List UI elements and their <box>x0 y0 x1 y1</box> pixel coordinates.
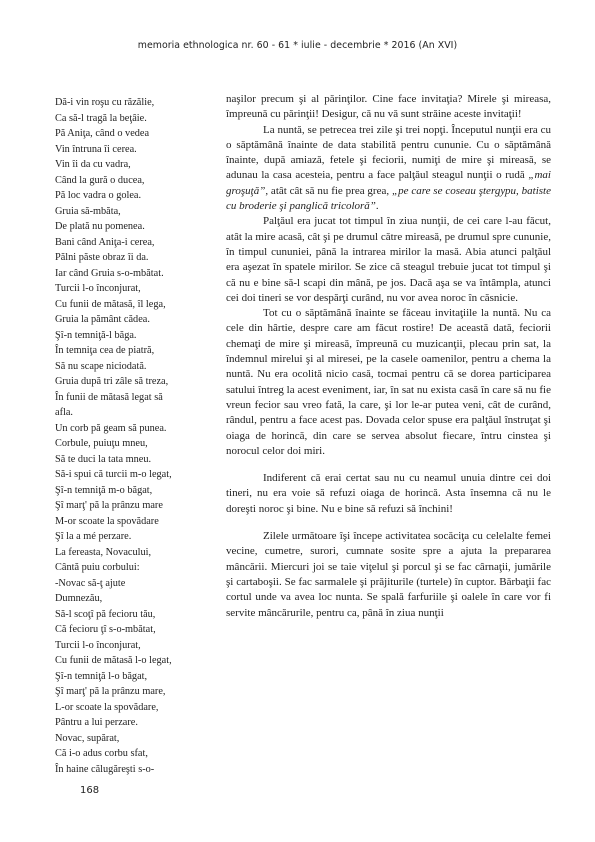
poem-line: Iar când Gruia s-o-mbătat. <box>55 266 215 282</box>
poem-line: Corbule, puiuţu mneu, <box>55 436 215 452</box>
poem-line: Turcii l-o înconjurat, <box>55 638 215 654</box>
paragraph-2-text-c: . <box>376 200 379 212</box>
poem-line: Pă Aniţa, când o vedea <box>55 126 215 142</box>
poem-line: Cântă puiu corbului: <box>55 560 215 576</box>
poem-line: Pă loc vadra o golea. <box>55 188 215 204</box>
poem-line: Vin întruna îi cerea. <box>55 142 215 158</box>
poem-line: Şî-n temniţă l-o băgat, <box>55 669 215 685</box>
paragraph-1: naşilor precum şi al părinţilor. Cine fa… <box>226 92 551 123</box>
poem-line: -Novac să-ţ ajute <box>55 576 215 592</box>
poem-line: Şî marţ' pă la prânzu mare, <box>55 684 215 700</box>
poem-line: Gruia să-mbăta, <box>55 204 215 220</box>
poem-line: Să-l scoţî pă fecioru tău, <box>55 607 215 623</box>
poem-line: Gruia după tri zâle să treza, <box>55 374 215 390</box>
poem-line: Novac, supărat, <box>55 731 215 747</box>
poem-line: În funii de mătasă legat să <box>55 390 215 406</box>
poem-line: Şî-n temniţă m-o băgat, <box>55 483 215 499</box>
poem-line: Dumnezău, <box>55 591 215 607</box>
running-header: memoria ethnologica nr. 60 - 61 * iulie … <box>0 40 595 51</box>
paragraph-5: Indiferent că erai certat sau nu cu neam… <box>226 471 551 517</box>
poem-line: Ca să-l tragă la beţâie. <box>55 111 215 127</box>
poem-line: Că fecioru ţî s-o-mbătat, <box>55 622 215 638</box>
poem-line: Să-i spui că turcii m-o legat, <box>55 467 215 483</box>
poem-line: În haine călugăreşti s-o- <box>55 762 215 778</box>
poem-line: De plată nu pomenea. <box>55 219 215 235</box>
paragraph-2: La nuntă, se petrecea trei zile şi trei … <box>226 123 551 215</box>
poem-line: Cu funii de mătasă l-o legat, <box>55 653 215 669</box>
paragraph-3: Palţăul era jucat tot timpul în ziua nun… <box>226 214 551 306</box>
poem-line: Turcii l-o înconjurat, <box>55 281 215 297</box>
poem-line: Un corb pă geam să punea. <box>55 421 215 437</box>
poem-line: L-or scoate la spovădare, <box>55 700 215 716</box>
poem-line: Dă-i vin roşu cu răzălie, <box>55 95 215 111</box>
poem-line: Gruia la pământ cădea. <box>55 312 215 328</box>
poem-line: Bani când Aniţa-i cerea, <box>55 235 215 251</box>
poem-line: Vin îi da cu vadra, <box>55 157 215 173</box>
poem-line: Cu funii de mătasă, îl lega, <box>55 297 215 313</box>
poem-column: Dă-i vin roşu cu răzălie,Ca să-l tragă l… <box>55 95 215 777</box>
poem-line: Şî marţ' pă la prânzu mare <box>55 498 215 514</box>
paragraph-2-text-a: La nuntă, se petrecea trei zile şi trei … <box>226 124 551 182</box>
poem-line: Pălni păste obraz îi da. <box>55 250 215 266</box>
poem-line: M-or scoate la spovădare <box>55 514 215 530</box>
poem-line: Să nu scape niciodată. <box>55 359 215 375</box>
poem-line: Să te duci la tata mneu. <box>55 452 215 468</box>
paragraph-4: Tot cu o săptămână înainte se făceau inv… <box>226 306 551 459</box>
poem-line: Şî-n temniţă-l băga. <box>55 328 215 344</box>
poem-line: Când la gură o ducea, <box>55 173 215 189</box>
poem-line: Pântru a lui perzare. <box>55 715 215 731</box>
page-number: 168 <box>80 785 99 796</box>
poem-line: În temniţa cea de piatră, <box>55 343 215 359</box>
paragraph-2-text-b: , atât cât să nu fie prea grea, <box>265 185 392 197</box>
poem-line: La fereasta, Novacului, <box>55 545 215 561</box>
paragraph-6: Zilele următoare îşi începe activitatea … <box>226 529 551 621</box>
poem-line: Şî la a mé perzare. <box>55 529 215 545</box>
article-column: naşilor precum şi al părinţilor. Cine fa… <box>226 92 551 621</box>
poem-line: afla. <box>55 405 215 421</box>
poem-line: Că i-o adus corbu sfat, <box>55 746 215 762</box>
